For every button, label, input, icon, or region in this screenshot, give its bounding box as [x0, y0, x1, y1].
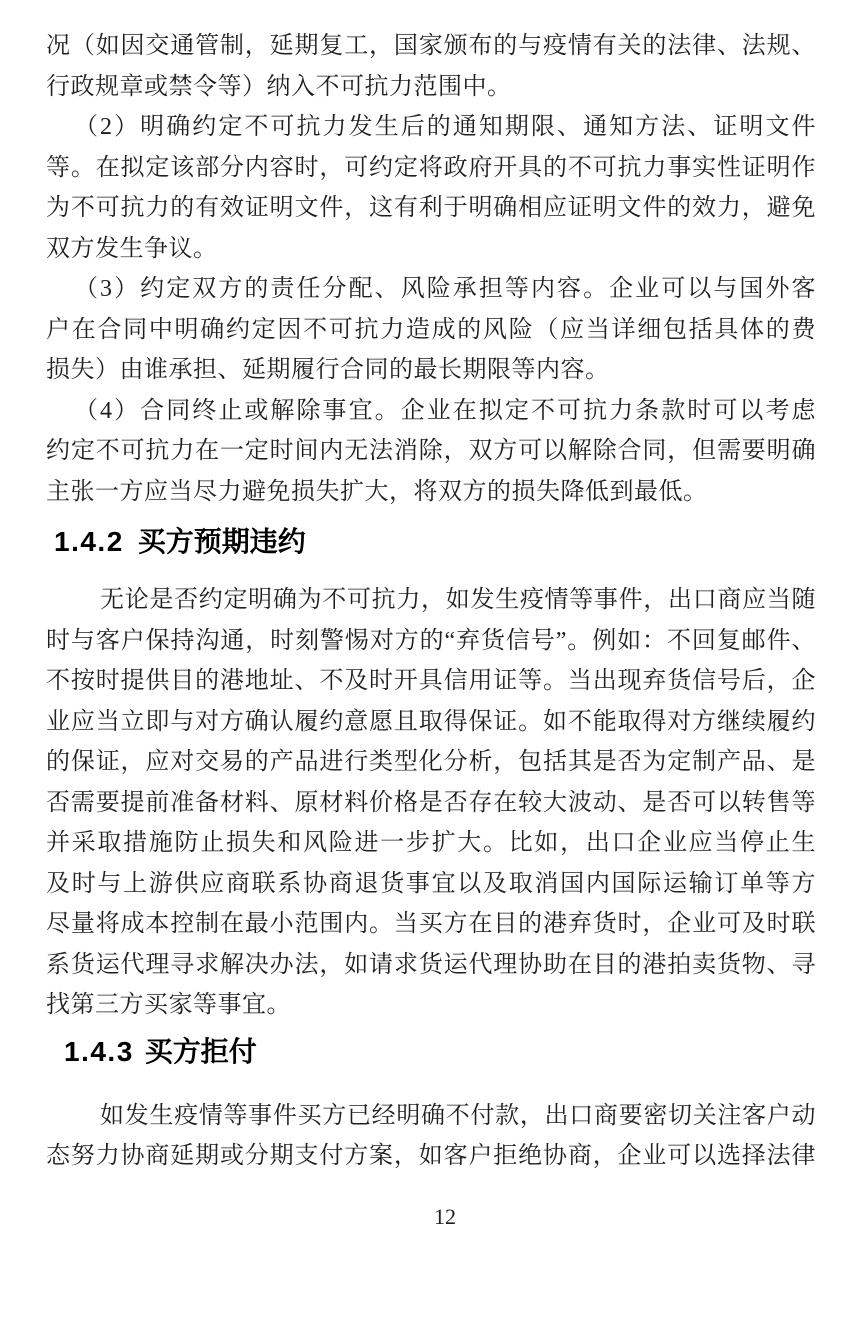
text-line: 等。在拟定该部分内容时，可约定将政府开具的不可抗力事实性证明作	[46, 148, 816, 189]
text-line: 并采取措施防止损失和风险进一步扩大。比如，出口企业应当停止生产，	[46, 823, 816, 864]
section-heading: 1.4.3买方拒付	[46, 1034, 816, 1070]
text-line: 业应当立即与对方确认履约意愿且取得保证。如不能取得对方继续履约	[46, 702, 816, 743]
heading-number: 1.4.3	[64, 1036, 134, 1067]
paragraph: （3）约定双方的责任分配、风险承担等内容。企业可以与国外客户在合同中明确约定因不…	[46, 269, 816, 391]
text-line: 行政规章或禁令等）纳入不可抗力范围中。	[46, 67, 816, 108]
text-line: 无论是否约定明确为不可抗力，如发生疫情等事件，出口商应当随	[46, 580, 816, 621]
text-line: 约定不可抗力在一定时间内无法消除，双方可以解除合同，但需要明确	[46, 431, 816, 472]
paragraph: 如发生疫情等事件买方已经明确不付款，出口商要密切关注客户动态努力协商延期或分期支…	[46, 1096, 816, 1177]
text-line: 损失）由谁承担、延期履行合同的最长期限等内容。	[46, 350, 816, 391]
heading-title: 买方拒付	[145, 1036, 257, 1067]
heading-title: 买方预期违约	[138, 526, 306, 557]
text-line: 户在合同中明确约定因不可抗力造成的风险（应当详细包括具体的费用、	[46, 310, 816, 351]
document-content: 况（如因交通管制，延期复工，国家颁布的与疫情有关的法律、法规、行政规章或禁令等）…	[46, 26, 816, 1177]
paragraph: （4）合同终止或解除事宜。企业在拟定不可抗力条款时可以考虑约定不可抗力在一定时间…	[46, 391, 816, 513]
text-line: 及时与上游供应商联系协商退货事宜以及取消国内国际运输订单等方式，	[46, 864, 816, 905]
section-heading: 1.4.2买方预期违约	[46, 524, 816, 560]
text-line: 况（如因交通管制，延期复工，国家颁布的与疫情有关的法律、法规、	[46, 26, 816, 67]
text-line: 找第三方买家等事宜。	[46, 985, 816, 1026]
text-line: 为不可抗力的有效证明文件，这有利于明确相应证明文件的效力，避免	[46, 188, 816, 229]
text-line: 时与客户保持沟通，时刻警惕对方的“弃货信号”。例如：不回复邮件、	[46, 621, 816, 662]
text-line: （4）合同终止或解除事宜。企业在拟定不可抗力条款时可以考虑	[46, 391, 816, 432]
paragraph: 无论是否约定明确为不可抗力，如发生疫情等事件，出口商应当随时与客户保持沟通，时刻…	[46, 580, 816, 1026]
text-line: 不按时提供目的港地址、不及时开具信用证等。当出现弃货信号后，企	[46, 661, 816, 702]
heading-number: 1.4.2	[54, 526, 124, 557]
text-line: （2）明确约定不可抗力发生后的通知期限、通知方法、证明文件	[46, 107, 816, 148]
text-line: 系货运代理寻求解决办法，如请求货运代理协助在目的港拍卖货物、寻	[46, 945, 816, 986]
text-line: 尽量将成本控制在最小范围内。当买方在目的港弃货时，企业可及时联	[46, 904, 816, 945]
paragraph: （2）明确约定不可抗力发生后的通知期限、通知方法、证明文件等。在拟定该部分内容时…	[46, 107, 816, 269]
text-line: 的保证，应对交易的产品进行类型化分析，包括其是否为定制产品、是	[46, 742, 816, 783]
paragraph: 况（如因交通管制，延期复工，国家颁布的与疫情有关的法律、法规、行政规章或禁令等）…	[46, 26, 816, 107]
text-line: 双方发生争议。	[46, 229, 816, 270]
text-line: 态努力协商延期或分期支付方案，如客户拒绝协商，企业可以选择法律	[46, 1136, 816, 1177]
text-line: 主张一方应当尽力避免损失扩大，将双方的损失降低到最低。	[46, 472, 816, 513]
text-line: 如发生疫情等事件买方已经明确不付款，出口商要密切关注客户动	[46, 1096, 816, 1137]
text-line: （3）约定双方的责任分配、风险承担等内容。企业可以与国外客	[46, 269, 816, 310]
document-page: 况（如因交通管制，延期复工，国家颁布的与疫情有关的法律、法规、行政规章或禁令等）…	[0, 0, 858, 1336]
page-number: 12	[60, 1202, 830, 1232]
text-line: 否需要提前准备材料、原材料价格是否存在较大波动、是否可以转售等	[46, 783, 816, 824]
